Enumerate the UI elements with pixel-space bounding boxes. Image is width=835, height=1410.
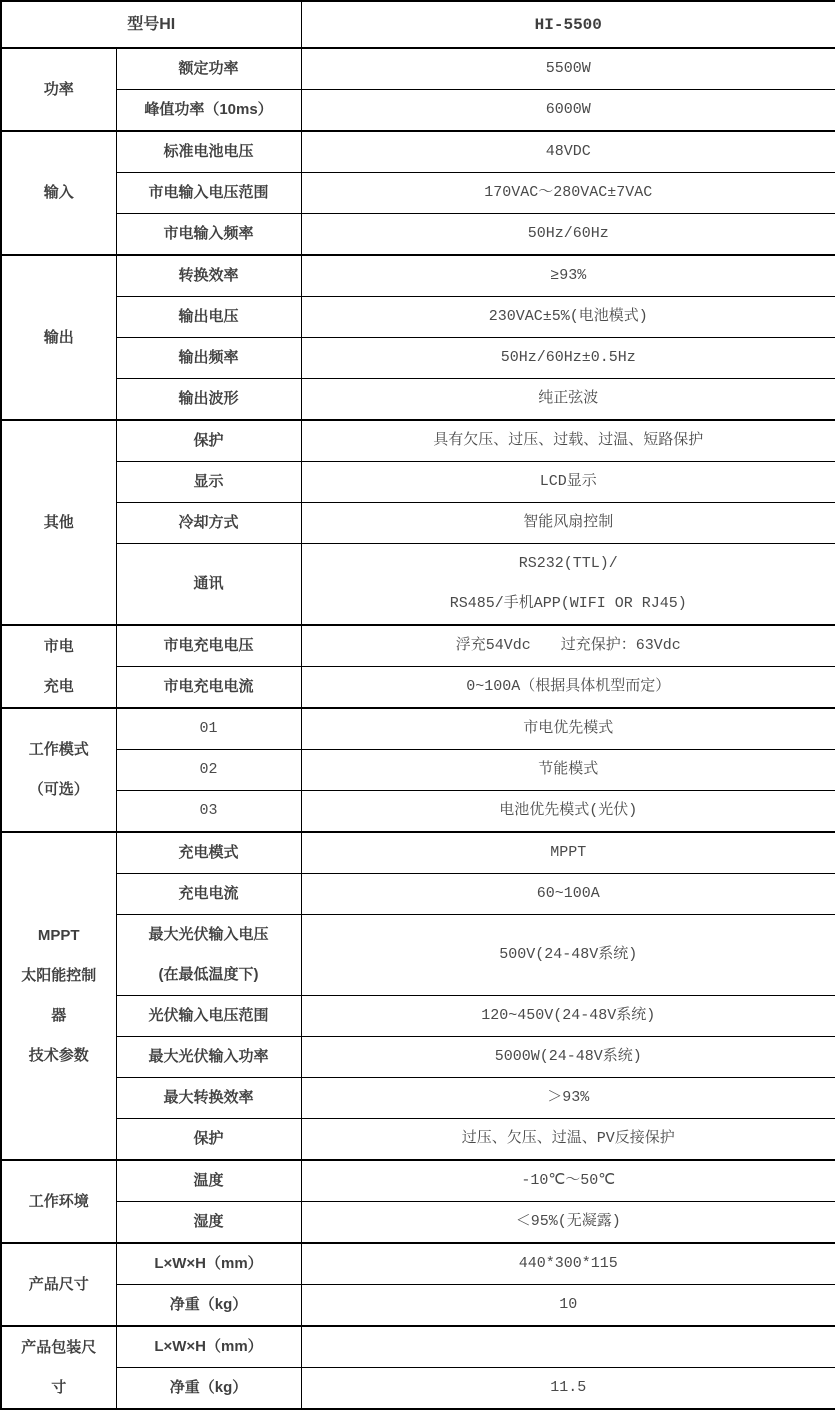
param-label-cell: 充电模式: [116, 832, 301, 874]
param-label-cell: 输出电压: [116, 297, 301, 338]
param-label-cell: 最大转换效率: [116, 1078, 301, 1119]
table-row: 净重（kg） 10: [1, 1285, 835, 1327]
table-row: 最大转换效率 ＞93%: [1, 1078, 835, 1119]
table-row: 市电输入电压范围 170VAC～280VAC±7VAC: [1, 173, 835, 214]
param-label-cell: 转换效率: [116, 255, 301, 297]
param-label-cell: 标准电池电压: [116, 131, 301, 173]
param-label-cell: 额定功率: [116, 48, 301, 90]
table-row: 充电电流 60~100A: [1, 874, 835, 915]
table-row: 输出频率 50Hz/60Hz±0.5Hz: [1, 338, 835, 379]
param-value-cell: -10℃～50℃: [301, 1160, 835, 1202]
table-row: 保护 过压、欠压、过温、PV反接保护: [1, 1119, 835, 1161]
param-label-cell: 温度: [116, 1160, 301, 1202]
param-value-cell: MPPT: [301, 832, 835, 874]
category-cell-input: 输入: [1, 131, 116, 255]
param-label-cell: L×W×H（mm）: [116, 1243, 301, 1285]
table-row: 最大光伏输入功率 5000W(24-48V系统): [1, 1037, 835, 1078]
table-row: 其他 保护 具有欠压、过压、过载、过温、短路保护: [1, 420, 835, 462]
table-row: 净重（kg） 11.5: [1, 1368, 835, 1410]
param-label-cell: 冷却方式: [116, 503, 301, 544]
category-cell-power: 功率: [1, 48, 116, 131]
param-value-cell: 电池优先模式(光伏): [301, 791, 835, 833]
model-label-cell: 型号HI: [1, 1, 301, 48]
table-row: 工作模式 （可选） 01 市电优先模式: [1, 708, 835, 750]
param-value-cell: 10: [301, 1285, 835, 1327]
table-row: 输入 标准电池电压 48VDC: [1, 131, 835, 173]
table-row: 输出电压 230VAC±5%(电池模式): [1, 297, 835, 338]
param-value-cell: ≥93%: [301, 255, 835, 297]
table-row: 显示 LCD显示: [1, 462, 835, 503]
param-value-cell: 纯正弦波: [301, 379, 835, 421]
table-row: 最大光伏输入电压 (在最低温度下) 500V(24-48V系统): [1, 915, 835, 996]
param-label-cell: 净重（kg）: [116, 1368, 301, 1410]
param-value-cell: 节能模式: [301, 750, 835, 791]
category-cell-other: 其他: [1, 420, 116, 625]
table-row: 市电 充电 市电充电电压 浮充54Vdc 过充保护：63Vdc: [1, 625, 835, 667]
param-label-cell: 市电输入频率: [116, 214, 301, 256]
table-row: 产品包装尺 寸 L×W×H（mm）: [1, 1326, 835, 1368]
category-cell-ac-charging: 市电 充电: [1, 625, 116, 708]
param-label-cell: 市电充电电流: [116, 667, 301, 709]
table-header-row: 型号HI HI-5500: [1, 1, 835, 48]
table-row: 产品尺寸 L×W×H（mm） 440*300*115: [1, 1243, 835, 1285]
spec-sheet-page: 型号HI HI-5500 功率 额定功率 5500W 峰值功率（10ms） 60…: [0, 0, 835, 1410]
param-value-cell: 120~450V(24-48V系统): [301, 996, 835, 1037]
category-cell-work-mode: 工作模式 （可选）: [1, 708, 116, 832]
param-value-cell: ＜95%(无凝露): [301, 1202, 835, 1244]
param-value-cell: 230VAC±5%(电池模式): [301, 297, 835, 338]
param-value-cell: [301, 1326, 835, 1368]
param-value-cell: 智能风扇控制: [301, 503, 835, 544]
param-value-cell: 6000W: [301, 90, 835, 132]
param-label-cell: 湿度: [116, 1202, 301, 1244]
spec-table: 型号HI HI-5500 功率 额定功率 5500W 峰值功率（10ms） 60…: [0, 0, 835, 1410]
param-value-cell: 170VAC～280VAC±7VAC: [301, 173, 835, 214]
table-row: 03 电池优先模式(光伏): [1, 791, 835, 833]
table-row: 市电充电电流 0~100A（根据具体机型而定）: [1, 667, 835, 709]
category-cell-output: 输出: [1, 255, 116, 420]
param-label-cell: 01: [116, 708, 301, 750]
param-label-cell: 峰值功率（10ms）: [116, 90, 301, 132]
param-value-cell: 500V(24-48V系统): [301, 915, 835, 996]
table-row: 冷却方式 智能风扇控制: [1, 503, 835, 544]
table-row: 通讯 RS232(TTL)/ RS485/手机APP(WIFI OR RJ45): [1, 544, 835, 626]
param-label-cell: 市电充电电压: [116, 625, 301, 667]
param-value-cell: RS232(TTL)/ RS485/手机APP(WIFI OR RJ45): [301, 544, 835, 626]
param-value-cell: 具有欠压、过压、过载、过温、短路保护: [301, 420, 835, 462]
param-value-cell: 5000W(24-48V系统): [301, 1037, 835, 1078]
param-value-cell: 0~100A（根据具体机型而定）: [301, 667, 835, 709]
param-value-cell: 50Hz/60Hz: [301, 214, 835, 256]
param-label-cell: 充电电流: [116, 874, 301, 915]
table-row: 光伏输入电压范围 120~450V(24-48V系统): [1, 996, 835, 1037]
param-label-cell: 通讯: [116, 544, 301, 626]
param-label-cell: 显示: [116, 462, 301, 503]
param-label-cell: 输出波形: [116, 379, 301, 421]
category-cell-environment: 工作环境: [1, 1160, 116, 1243]
param-label-cell: 保护: [116, 420, 301, 462]
table-row: MPPT 太阳能控制 器 技术参数 充电模式 MPPT: [1, 832, 835, 874]
param-label-cell: 03: [116, 791, 301, 833]
param-value-cell: 440*300*115: [301, 1243, 835, 1285]
table-row: 输出波形 纯正弦波: [1, 379, 835, 421]
table-row: 功率 额定功率 5500W: [1, 48, 835, 90]
table-row: 峰值功率（10ms） 6000W: [1, 90, 835, 132]
category-cell-mppt: MPPT 太阳能控制 器 技术参数: [1, 832, 116, 1160]
param-value-cell: 11.5: [301, 1368, 835, 1410]
param-value-cell: 市电优先模式: [301, 708, 835, 750]
param-value-cell: LCD显示: [301, 462, 835, 503]
param-label-cell: 市电输入电压范围: [116, 173, 301, 214]
param-label-cell: 输出频率: [116, 338, 301, 379]
category-cell-product-size: 产品尺寸: [1, 1243, 116, 1326]
param-label-cell: L×W×H（mm）: [116, 1326, 301, 1368]
param-label-cell: 净重（kg）: [116, 1285, 301, 1327]
param-value-cell: 浮充54Vdc 过充保护：63Vdc: [301, 625, 835, 667]
param-value-cell: 过压、欠压、过温、PV反接保护: [301, 1119, 835, 1161]
table-row: 02 节能模式: [1, 750, 835, 791]
param-label-cell: 最大光伏输入电压 (在最低温度下): [116, 915, 301, 996]
table-row: 输出 转换效率 ≥93%: [1, 255, 835, 297]
table-row: 市电输入频率 50Hz/60Hz: [1, 214, 835, 256]
category-cell-package-size: 产品包装尺 寸: [1, 1326, 116, 1409]
table-row: 湿度 ＜95%(无凝露): [1, 1202, 835, 1244]
param-label-cell: 保护: [116, 1119, 301, 1161]
param-value-cell: 60~100A: [301, 874, 835, 915]
param-label-cell: 光伏输入电压范围: [116, 996, 301, 1037]
param-label-cell: 最大光伏输入功率: [116, 1037, 301, 1078]
model-value-cell: HI-5500: [301, 1, 835, 48]
param-value-cell: 48VDC: [301, 131, 835, 173]
param-value-cell: ＞93%: [301, 1078, 835, 1119]
table-row: 工作环境 温度 -10℃～50℃: [1, 1160, 835, 1202]
param-value-cell: 50Hz/60Hz±0.5Hz: [301, 338, 835, 379]
param-value-cell: 5500W: [301, 48, 835, 90]
param-label-cell: 02: [116, 750, 301, 791]
